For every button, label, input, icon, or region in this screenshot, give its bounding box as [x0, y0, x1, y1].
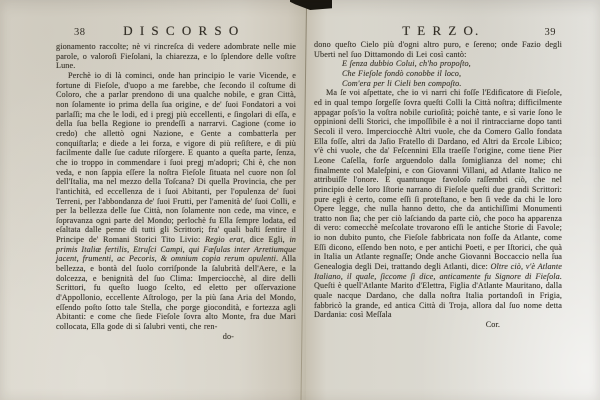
body-text: Ma ſe voi aſpettate, che io vi narri chi… — [314, 88, 562, 271]
right-catchword: Cor. — [314, 320, 562, 330]
verse-quote: E ſenza dubbio Colui, ch'ho propoſto,Che… — [342, 59, 562, 88]
right-text-column: dono queſto Cielo più d'ogni altro puro,… — [314, 40, 562, 330]
paragraph: Perchè io di là cominci, onde han princi… — [56, 71, 296, 332]
right-page-header: T E R Z O. 39 — [314, 23, 562, 39]
left-page-body: gionamento raccolte; nè vi rincreſca di … — [56, 42, 296, 332]
right-page-number: 39 — [545, 27, 563, 38]
paragraph: dono queſto Cielo più d'ogni altro puro,… — [314, 40, 562, 59]
body-text: . Alla bellezza, e bontà del ſuolo corri… — [56, 254, 296, 331]
verse-line: Com'era per li Cieli ben compoſto. — [342, 79, 562, 89]
left-catchword: do- — [56, 332, 296, 342]
body-text: Queſti è quell'Atlante Marito d'Elettra,… — [314, 281, 562, 319]
paragraph: Ma ſe voi aſpettate, che io vi narri chi… — [314, 88, 562, 320]
body-text: , dice Egli, — [243, 235, 289, 244]
italic-quote-text: Regio erat — [205, 235, 243, 244]
left-running-title: D I S C O R S O — [86, 23, 279, 39]
left-text-column: gionamento raccolte; nè vi rincreſca di … — [56, 42, 296, 341]
right-running-title: T E R Z O. — [338, 23, 545, 39]
paragraph: gionamento raccolte; nè vi rincreſca di … — [56, 42, 296, 71]
verse-line: E ſenza dubbio Colui, ch'ho propoſto, — [342, 59, 562, 69]
book-scan-photo: 38 D I S C O R S O T E R Z O. 39 gioname… — [0, 0, 600, 400]
body-text: gionamento raccolte; nè vi rincreſca di … — [56, 42, 296, 70]
right-page-body: dono queſto Cielo più d'ogni altro puro,… — [314, 40, 562, 320]
left-page-header: 38 D I S C O R S O — [56, 23, 296, 39]
verse-line: Che Fieſole fondò conobbe il loco, — [342, 69, 562, 79]
body-text: Perchè io di là cominci, onde han princi… — [56, 71, 296, 244]
left-page-number: 38 — [56, 27, 86, 38]
body-text: dono queſto Cielo più d'ogni altro puro,… — [314, 40, 562, 59]
